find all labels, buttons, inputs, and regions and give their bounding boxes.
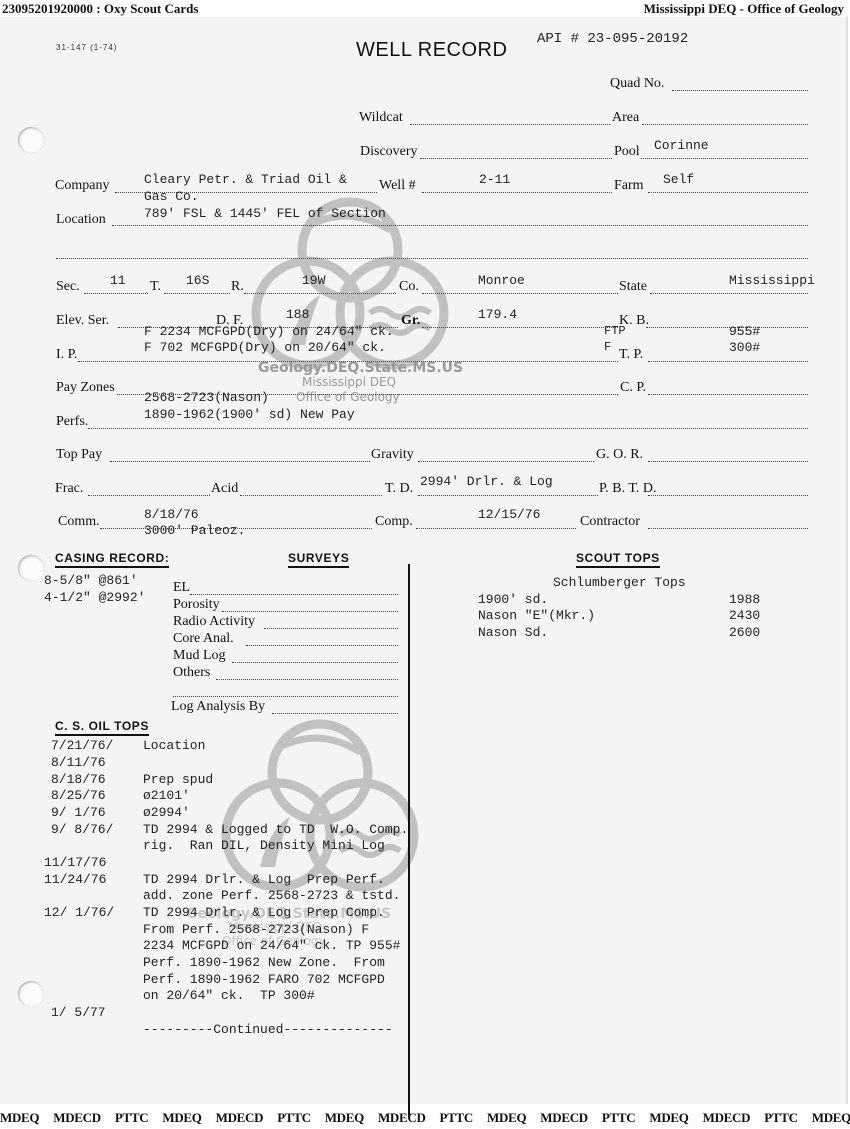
acid-label: Acid: [211, 481, 238, 497]
footer-item: MDEQ: [162, 1110, 201, 1125]
t-field[interactable]: [164, 293, 230, 294]
survey-porosity-label: Porosity: [173, 597, 220, 613]
oil-top-date: 8/25/76: [51, 788, 106, 803]
co-label: Co.: [399, 279, 419, 295]
t-label: T.: [150, 279, 161, 295]
scout-card-sheet: Geology.DEQ.State.MS.US Mississippi DEQ …: [0, 17, 848, 1104]
footer-item: PTTC: [115, 1110, 148, 1125]
comp-field[interactable]: [416, 528, 576, 529]
oil-top-text: on 20/64" ck. TP 300#: [143, 988, 315, 1003]
elev-ser-label: Elev. Ser.: [56, 313, 109, 329]
location-field-line2[interactable]: [56, 258, 808, 259]
scout-top-name: 1900' sd.: [478, 592, 548, 607]
pool-label: Pool: [614, 144, 640, 160]
contractor-field[interactable]: [648, 528, 808, 529]
survey-el-field[interactable]: [190, 594, 398, 595]
oil-top-date: 1/ 5/77: [51, 1005, 106, 1020]
perfs-field[interactable]: [88, 428, 808, 429]
ip-value-line2: F 702 MCFGPD(Dry) on 20/64" ck.: [144, 340, 386, 355]
column-divider: [408, 564, 410, 1117]
footer-item: PTTC: [277, 1110, 310, 1125]
oil-top-text: TD 2994 Drlr. & Log Prep Comp.: [143, 905, 385, 920]
gr-value: 179.4: [478, 307, 517, 322]
survey-mud-log-label: Mud Log: [173, 648, 226, 664]
gravity-label: Gravity: [371, 447, 414, 463]
farm-field[interactable]: [648, 192, 808, 193]
ftp-label: FTP: [604, 324, 626, 338]
oil-tops-header: C. S. OIL TOPS: [55, 719, 149, 736]
footer-item: PTTC: [602, 1110, 635, 1125]
acid-field[interactable]: [240, 495, 382, 496]
oil-top-date: 9/ 8/76/: [51, 822, 113, 837]
form-title: WELL RECORD: [356, 39, 507, 62]
oil-top-date: 11/24/76: [44, 872, 106, 887]
ip-value-line1: F 2234 MCFGPD(Dry) on 24/64" ck.: [144, 324, 394, 339]
frac-field[interactable]: [88, 495, 210, 496]
survey-core-anal-field[interactable]: [246, 645, 398, 646]
punch-hole-top: [18, 127, 44, 153]
quad-no-label: Quad No.: [610, 76, 664, 92]
contractor-label: Contractor: [580, 514, 640, 530]
pool-field[interactable]: [641, 158, 808, 159]
ip-field[interactable]: [78, 361, 618, 362]
oil-top-text: Perf. 1890-1962 FARO 702 MCFGPD: [143, 972, 385, 987]
comm-value-line2: 3000' Paleoz.: [144, 523, 245, 538]
pay-zones-value: 2568-2723(Nason): [144, 390, 269, 405]
casing-item: 8-5/8" @861': [44, 573, 138, 588]
comm-value-line1: 8/18/76: [144, 507, 199, 522]
tp-field[interactable]: [648, 361, 808, 362]
farm-label: Farm: [614, 178, 644, 194]
oil-top-text: Prep spud: [143, 772, 213, 787]
casing-item: 4-1/2" @2992': [44, 590, 145, 605]
survey-radio-activity-label: Radio Activity: [173, 614, 255, 630]
scout-top-depth: 2600: [729, 625, 760, 640]
log-analysis-by-field[interactable]: [272, 713, 398, 714]
quad-no-field[interactable]: [672, 90, 808, 91]
ip-label: I. P.: [56, 347, 77, 363]
footer-item: PTTC: [440, 1110, 473, 1125]
sec-label: Sec.: [56, 279, 80, 295]
gravity-field[interactable]: [418, 461, 594, 462]
td-value: 2994' Drlr. & Log: [420, 474, 553, 489]
df-value: 188: [286, 307, 309, 322]
footer-item: MDEQ: [487, 1110, 526, 1125]
gr-field[interactable]: [422, 327, 618, 328]
mdeq-watermark-logo-lower-icon: [220, 717, 420, 897]
area-label: Area: [612, 110, 639, 126]
watermark-office: Office of Geology: [296, 390, 400, 404]
top-bar: 23095201920000 : Oxy Scout Cards Mississ…: [0, 0, 850, 17]
survey-core-anal-label: Core Anal.: [173, 631, 234, 647]
watermark-url: Geology.DEQ.State.MS.US: [258, 360, 463, 376]
api-number: API # 23-095-20192: [537, 31, 688, 47]
r-field[interactable]: [244, 293, 396, 294]
record-id-title: 23095201920000 : Oxy Scout Cards: [2, 1, 198, 17]
discovery-label: Discovery: [360, 144, 418, 160]
footer-item: MDEQ: [325, 1110, 364, 1125]
td-label: T. D.: [385, 481, 413, 497]
top-pay-field[interactable]: [110, 461, 370, 462]
oil-top-text: add. zone Perf. 2568-2723 & tstd.: [143, 888, 400, 903]
footer-item: MDEQ: [649, 1110, 688, 1125]
survey-el-label: EL: [173, 580, 190, 596]
ftp-value: 955#: [729, 324, 760, 339]
scout-tops-header: SCOUT TOPS: [576, 551, 660, 568]
oil-top-text: rig. Ran DIL, Density Mini Log: [143, 838, 385, 853]
survey-others-field[interactable]: [216, 679, 398, 680]
form-number: 31-147 (1-74): [56, 43, 117, 52]
wildcat-field[interactable]: [410, 124, 610, 125]
pay-zones-label: Pay Zones: [56, 380, 115, 396]
company-label: Company: [55, 178, 109, 194]
comp-label: Comp.: [375, 514, 413, 530]
oil-top-text: From Perf. 2568-2723(Nason) F: [143, 922, 369, 937]
continued-marker: ---------Continued--------------: [143, 1022, 393, 1037]
punch-hole-bottom: [18, 981, 44, 1007]
oil-top-date: 9/ 1/76: [51, 805, 106, 820]
co-field[interactable]: [422, 293, 618, 294]
footer-item: MDEQ: [812, 1110, 850, 1125]
state-value: Mississippi: [729, 273, 815, 288]
survey-mud-log-field[interactable]: [232, 662, 398, 663]
gr-label: Gr.: [401, 313, 420, 329]
footer-credits: MDEQMDECDPTTCMDEQMDECDPTTCMDEQMDECDPTTCM…: [0, 1110, 850, 1129]
sec-value: 11: [110, 273, 126, 288]
well-no-value: 2-11: [479, 172, 510, 187]
footer-item: PTTC: [764, 1110, 797, 1125]
perfs-label: Perfs.: [56, 414, 88, 430]
state-label: State: [619, 279, 647, 295]
sec-field[interactable]: [84, 293, 148, 294]
t-value: 16S: [186, 273, 209, 288]
r-label: R.: [231, 279, 244, 295]
scout-top-name: Nason Sd.: [478, 625, 548, 640]
r-value: 19W: [302, 273, 325, 288]
scout-tops-subheader: Schlumberger Tops: [553, 575, 686, 590]
comm-label: Comm.: [58, 514, 100, 530]
footer-item: MDECD: [378, 1110, 426, 1125]
gor-field[interactable]: [648, 461, 808, 462]
well-no-label: Well #: [379, 178, 416, 194]
watermark-agency: Mississippi DEQ: [302, 375, 396, 389]
tp-value: 300#: [729, 340, 760, 355]
well-no-field[interactable]: [422, 192, 612, 193]
company-value-line1: Cleary Petr. & Triad Oil &: [144, 172, 347, 187]
oil-top-text: Location: [143, 738, 205, 753]
oil-top-date: 8/11/76: [51, 755, 106, 770]
cp-label: C. P.: [620, 380, 646, 396]
pbtd-field[interactable]: [648, 495, 808, 496]
footer-item: MDECD: [540, 1110, 588, 1125]
company-value-line2: Gas Co.: [144, 189, 199, 204]
oil-top-text: 2234 MCFGPD on 24/64" ck. TP 955#: [143, 938, 400, 953]
scout-top-depth: 2430: [729, 608, 760, 623]
frac-label: Frac.: [55, 481, 83, 497]
oil-top-date: 8/18/76: [51, 772, 106, 787]
comp-value: 12/15/76: [478, 507, 540, 522]
oil-top-text: Perf. 1890-1962 New Zone. From: [143, 955, 385, 970]
cp-field[interactable]: [648, 394, 808, 395]
footer-item: MDECD: [53, 1110, 101, 1125]
oil-top-text: TD 2994 Drlr. & Log Prep Perf.: [143, 872, 385, 887]
location-label: Location: [56, 212, 106, 228]
casing-record-header: CASING RECORD:: [55, 551, 169, 568]
state-field[interactable]: [650, 293, 808, 294]
survey-others-label: Others: [173, 665, 210, 681]
kb-field[interactable]: [646, 327, 808, 328]
location-field[interactable]: [112, 225, 808, 226]
footer-item: MDECD: [703, 1110, 751, 1125]
oil-top-date: 7/21/76/: [51, 738, 113, 753]
agency-title: Mississippi DEQ - Office of Geology: [644, 1, 844, 17]
oil-top-date: 11/17/76: [44, 855, 106, 870]
co-value: Monroe: [478, 273, 525, 288]
log-analysis-by-label: Log Analysis By: [171, 699, 265, 715]
oil-top-text: TD 2994 & Logged to TD W.O. Comp.: [143, 822, 408, 837]
footer-item: MDEQ: [0, 1110, 39, 1125]
wildcat-label: Wildcat: [359, 110, 403, 126]
oil-top-text: ø2101': [143, 788, 190, 803]
f-label: F: [604, 340, 611, 354]
td-field[interactable]: [418, 495, 598, 496]
footer-item: MDECD: [216, 1110, 264, 1125]
location-value: 789' FSL & 1445' FEL of Section: [144, 206, 386, 221]
surveys-header: SURVEYS: [288, 551, 349, 568]
punch-hole-middle: [18, 555, 44, 581]
survey-blank-field[interactable]: [173, 696, 398, 697]
area-field[interactable]: [642, 124, 808, 125]
oil-top-text: ø2994': [143, 805, 190, 820]
scout-top-name: Nason "E"(Mkr.): [478, 608, 595, 623]
pool-value: Corinne: [654, 138, 709, 153]
survey-porosity-field[interactable]: [222, 611, 398, 612]
discovery-field[interactable]: [420, 158, 612, 159]
oil-top-date: 12/ 1/76/: [44, 905, 114, 920]
perfs-value: 1890-1962(1900' sd) New Pay: [144, 407, 355, 422]
tp-label: T. P.: [619, 347, 643, 363]
survey-radio-activity-field[interactable]: [264, 628, 398, 629]
farm-value: Self: [663, 172, 694, 187]
top-pay-label: Top Pay: [56, 447, 102, 463]
scout-top-depth: 1988: [729, 592, 760, 607]
gor-label: G. O. R.: [596, 447, 643, 463]
